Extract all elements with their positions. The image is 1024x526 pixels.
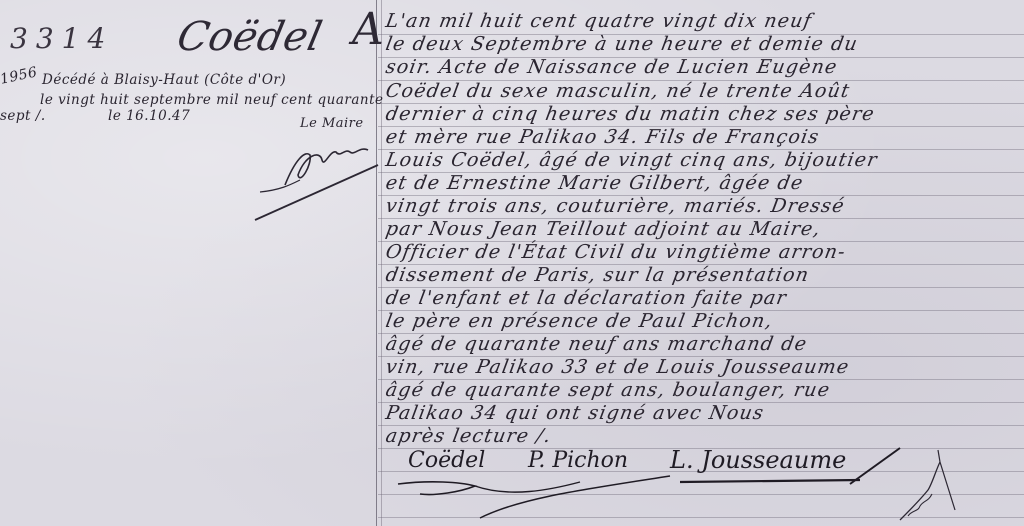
body-line-14: le père en présence de Paul Pichon, <box>384 310 775 332</box>
body-line-10: par Nous Jean Teillout adjoint au Maire, <box>384 218 823 240</box>
column-letter: A <box>352 4 384 55</box>
body-line-17: âgé de quarante sept ans, boulanger, rue <box>384 379 832 401</box>
signature-father: Coëdel <box>408 448 485 473</box>
margin-surname: Coëdel <box>173 14 326 60</box>
body-line-12: dissement de Paris, sur la présentation <box>384 264 811 286</box>
body-line-18: Palikao 34 qui ont signé avec Nous <box>384 402 766 424</box>
annotation-date: le 16.10.47 <box>108 108 190 124</box>
maire-label: Le Maire <box>300 116 364 131</box>
body-line-2: le deux Septembre à une heure et demie d… <box>384 33 860 55</box>
body-line-1: L'an mil huit cent quatre vingt dix neuf <box>384 10 814 32</box>
body-line-6: et mère rue Palikao 34. Fils de François <box>384 126 821 148</box>
signature-witness-1: P. Pichon <box>528 448 628 473</box>
body-line-16: vin, rue Palikao 33 et de Louis Jousseau… <box>384 356 851 378</box>
annotation-year: 1956 <box>0 64 39 87</box>
body-line-3: soir. Acte de Naissance de Lucien Eugène <box>384 56 840 78</box>
body-line-15: âgé de quarante neuf ans marchand de <box>384 333 809 355</box>
register-number: 3314 <box>10 22 113 55</box>
body-line-8: et de Ernestine Marie Gilbert, âgée de <box>384 172 805 194</box>
signature-witness-2: L. Jousseaume <box>670 446 846 474</box>
margin-rule <box>376 0 377 526</box>
body-line-9: vingt trois ans, couturière, mariés. Dre… <box>384 195 847 217</box>
body-line-4: Coëdel du sexe masculin, né le trente Ao… <box>384 80 852 102</box>
margin-officer-signature <box>250 130 380 225</box>
signatures-row: Coëdel P. Pichon L. Jousseaume <box>380 440 1024 526</box>
body-line-11: Officier de l'État Civil du vingtième ar… <box>384 241 848 263</box>
body-line-5: dernier à cinq heures du matin chez ses … <box>384 103 877 125</box>
body-line-7: Louis Coëdel, âgé de vingt cinq ans, bij… <box>384 149 880 171</box>
annotation-line-1: Décédé à Blaisy-Haut (Côte d'Or) <box>42 72 286 88</box>
annotation-line-2: le vingt huit septembre mil neuf cent qu… <box>40 92 384 108</box>
annotation-line-3: sept /. <box>0 108 46 124</box>
register-page: 3314 Coëdel A 1956 Décédé à Blaisy-Haut … <box>0 0 1024 526</box>
body-line-13: de l'enfant et la déclaration faite par <box>384 287 789 309</box>
